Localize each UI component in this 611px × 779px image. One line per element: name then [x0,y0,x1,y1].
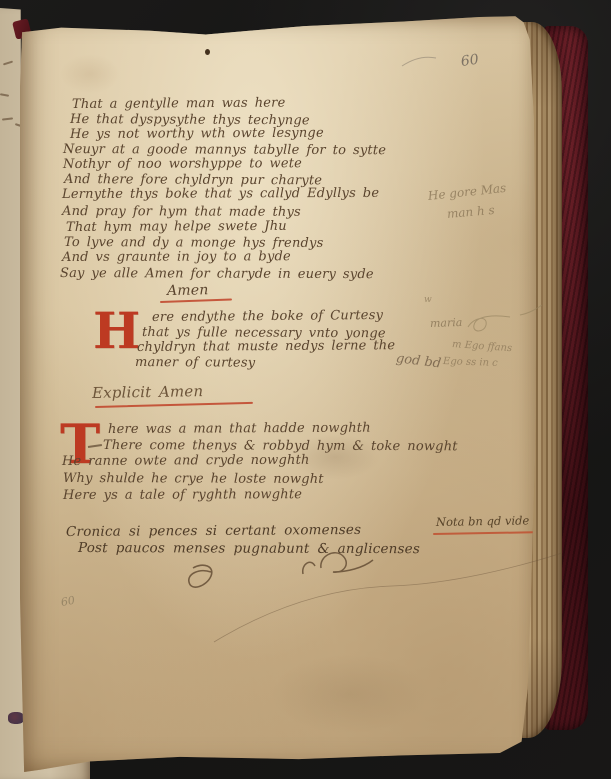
manuscript-line: ere endythe the boke of Curtesy [152,309,383,324]
manuscript-line: here was a man that hadde nowghth [108,422,371,436]
manuscript-line: That a gentylle man was here [72,97,286,111]
parchment-stain [60,54,120,94]
manuscript-line: There come thenys & robbyd hym & toke no… [103,439,458,453]
parchment-stain [270,654,430,734]
manuscript-photo: That a gentylle man was here He that dys… [0,0,611,779]
amen-word: Amen [167,283,209,298]
facing-page-ink-mark [3,61,13,66]
red-underline [160,298,232,303]
marginal-note: m Ego ffans [452,340,513,354]
manuscript-line: Here ys a tale of ryghth nowghte [63,488,302,502]
manuscript-line: To lyve and dy a monge hys frendys [64,236,324,250]
folio-number-top: 60 [460,53,480,69]
manuscript-line: Lernythe thys boke that ys callyd Edylly… [62,187,379,201]
latin-line: Post paucos menses pugnabunt & anglicens… [78,542,420,557]
manuscript-line: He ys not worthy wth owte lesynge [70,127,324,141]
marginal-note: maria [430,317,463,329]
marginal-note: He gore Mas [427,182,506,202]
nota-bene-note: Nota bn qd vide [436,515,529,528]
manuscript-line: And there fore chyldryn pur charyte [64,173,322,187]
red-underline [95,402,253,408]
manuscript-line: That hym may helpe swete Jhu [66,220,287,234]
folio-number-bottom: 60 [60,595,76,608]
latin-line: Cronica si pences si certant oxomenses [66,524,361,540]
manuscript-line: maner of curtesy [135,356,255,370]
manuscript-line: And pray for hym that made thys [62,205,301,219]
manuscript-line: Say ye alle Amen for charyde in euery sy… [60,267,374,281]
manuscript-line: Neuyr at a goode mannys tabylle for to s… [63,143,386,157]
facing-page-ink-mark [2,117,13,120]
explicit-line: Explicit Amen [92,384,204,401]
manuscript-page: That a gentylle man was here He that dys… [20,14,536,772]
binding-corner-speck [8,712,24,724]
manuscript-line: Nothyr of noo worshyppe to wete [63,157,302,171]
marginal-scribble: god bd [395,352,441,370]
manuscript-line: chyldryn that muste nedys lerne the [137,339,395,354]
marginal-note: man h s [446,204,495,220]
manuscript-line: And vs graunte in joy to a byde [62,250,291,264]
manuscript-line: Why shulde he crye he loste nowght [63,472,324,486]
manuscript-line: He ranne owte and cryde nowghth [62,454,310,468]
parchment-hole [205,49,210,55]
marginal-note: Ego ss in c [443,357,498,369]
red-underline [433,531,549,535]
red-initial-h: H [93,308,140,353]
marginal-mark: w [424,296,432,305]
facing-page-ink-mark [0,93,9,97]
